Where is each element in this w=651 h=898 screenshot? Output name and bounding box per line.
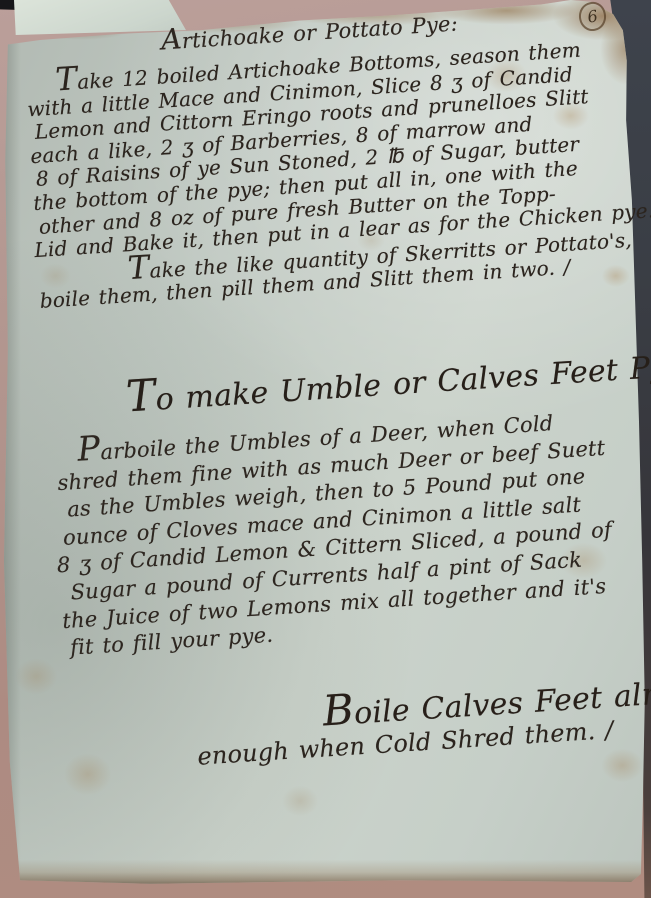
- manuscript-text: Artichoake or Pottato Pye: Take 12 boile…: [30, 0, 651, 779]
- recipe-body-artichoke-pye: Take 12 boiled Artichoake Bottoms, seaso…: [33, 31, 651, 314]
- recipe-body-umble-pye: Parboile the Umbles of a Deer, when Cold…: [57, 398, 651, 662]
